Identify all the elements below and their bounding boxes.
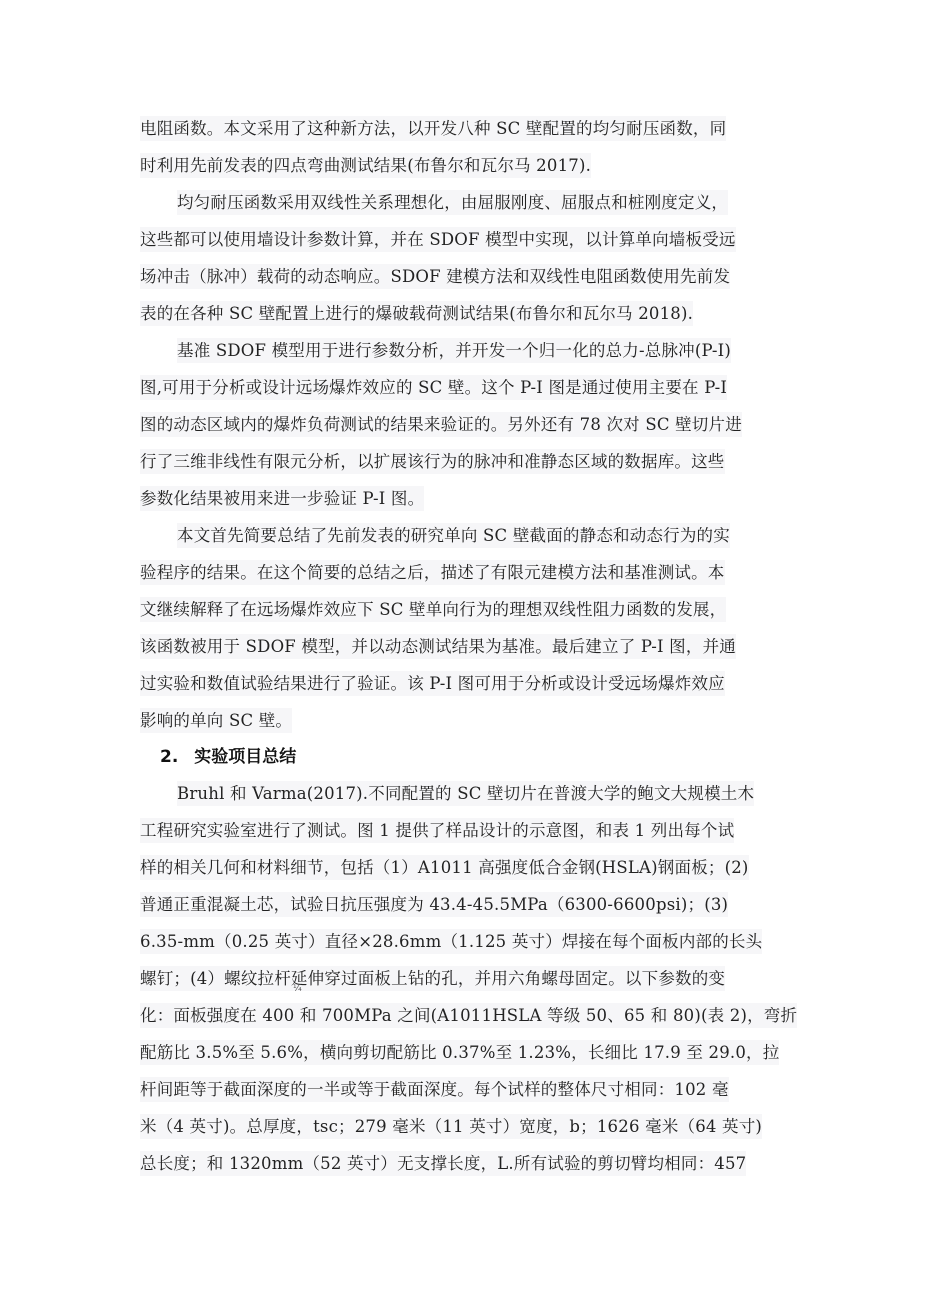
text-line: 这些都可以使用墙设计参数计算，并在 SDOF 模型中实现，以计算单向墙板受远 bbox=[140, 221, 788, 258]
text-line: 图,可用于分析或设计远场爆炸效应的 SC 壁。这个 P-I 图是通过使用主要在 … bbox=[140, 369, 788, 406]
paragraph-resistance-function: 均匀耐压函数采用双线性关系理想化，由屈服刚度、屈服点和桩刚度定义， 这些都可以使… bbox=[140, 184, 788, 332]
stray-fraction-glyph: ¼ bbox=[293, 984, 302, 994]
text-line: 杆间距等于截面深度的一半或等于截面深度。每个试样的整体尺寸相同：102 毫 bbox=[140, 1071, 788, 1108]
text-line: 影响的单向 SC 壁。 bbox=[140, 702, 788, 739]
text-line: 电阻函数。本文采用了这种新方法，以开发八种 SC 壁配置的均匀耐压函数，同 bbox=[140, 110, 788, 147]
text-line: 样的相关几何和材料细节，包括（1）A1011 高强度低合金钢(HSLA)钢面板；… bbox=[140, 849, 788, 886]
text-line: 文继续解释了在远场爆炸效应下 SC 壁单向行为的理想双线性阻力函数的发展， bbox=[140, 591, 788, 628]
text-line: 总长度；和 1320mm（52 英寸）无支撑长度，L.所有试验的剪切臂均相同：4… bbox=[140, 1145, 788, 1182]
text-line: 本文首先简要总结了先前发表的研究单向 SC 壁截面的静态和动态行为的实 bbox=[140, 517, 788, 554]
document-page: 电阻函数。本文采用了这种新方法，以开发八种 SC 壁配置的均匀耐压函数，同 时利… bbox=[140, 110, 788, 1182]
text-line: 过实验和数值试验结果进行了验证。该 P-I 图可用于分析或设计受远场爆炸效应 bbox=[140, 665, 788, 702]
section-number: 2. bbox=[160, 747, 178, 767]
section-title: 实验项目总结 bbox=[194, 747, 296, 767]
text-line: Bruhl 和 Varma(2017).不同配置的 SC 壁切片在普渡大学的鲍文… bbox=[140, 775, 788, 812]
text-line: 普通正重混凝土芯，试验日抗压强度为 43.4-45.5MPa（6300-6600… bbox=[140, 886, 788, 923]
text-line: 6.35-mm（0.25 英寸）直径×28.6mm（1.125 英寸）焊接在每个… bbox=[140, 923, 788, 960]
text-line: 表的在各种 SC 壁配置上进行的爆破载荷测试结果(布鲁尔和瓦尔马 2018). bbox=[140, 295, 788, 332]
paragraph-intro-continuation: 电阻函数。本文采用了这种新方法，以开发八种 SC 壁配置的均匀耐压函数，同 时利… bbox=[140, 110, 788, 184]
text-line: 参数化结果被用来进一步验证 P-I 图。 bbox=[140, 480, 788, 517]
paragraph-pi-diagram: 基准 SDOF 模型用于进行参数分析，并开发一个归一化的总力-总脉冲(P-I) … bbox=[140, 332, 788, 517]
paragraph-experimental-summary: Bruhl 和 Varma(2017).不同配置的 SC 壁切片在普渡大学的鲍文… bbox=[140, 775, 788, 1182]
text-line: 均匀耐压函数采用双线性关系理想化，由屈服刚度、屈服点和桩刚度定义， bbox=[140, 184, 788, 221]
text-line: 该函数被用于 SDOF 模型，并以动态测试结果为基准。最后建立了 P-I 图，并… bbox=[140, 628, 788, 665]
text-line: 配筋比 3.5%至 5.6%，横向剪切配筋比 0.37%至 1.23%，长细比 … bbox=[140, 1034, 788, 1071]
text-line: 验程序的结果。在这个简要的总结之后，描述了有限元建模方法和基准测试。本 bbox=[140, 554, 788, 591]
text-line: 图的动态区域内的爆炸负荷测试的结果来验证的。另外还有 78 次对 SC 壁切片进 bbox=[140, 406, 788, 443]
text-line: 化：面板强度在 400 和 700MPa 之间(A1011HSLA 等级 50、… bbox=[140, 997, 788, 1034]
text-line: 基准 SDOF 模型用于进行参数分析，并开发一个归一化的总力-总脉冲(P-I) bbox=[140, 332, 788, 369]
text-line: 螺钉；(4）螺纹拉杆延伸穿过面板上钻的孔，并用六角螺母固定。以下参数的变 bbox=[140, 960, 788, 997]
paragraph-paper-outline: 本文首先简要总结了先前发表的研究单向 SC 壁截面的静态和动态行为的实 验程序的… bbox=[140, 517, 788, 739]
section-heading: 2.实验项目总结 bbox=[140, 739, 788, 775]
text-line: 米（4 英寸)。总厚度，tsc；279 毫米（11 英寸）宽度，b；1626 毫… bbox=[140, 1108, 788, 1145]
text-line: 时利用先前发表的四点弯曲测试结果(布鲁尔和瓦尔马 2017). bbox=[140, 147, 788, 184]
text-line: 工程研究实验室进行了测试。图 1 提供了样品设计的示意图，和表 1 列出每个试 bbox=[140, 812, 788, 849]
text-line: 场冲击（脉冲）载荷的动态响应。SDOF 建模方法和双线性电阻函数使用先前发 bbox=[140, 258, 788, 295]
text-line: 行了三维非线性有限元分析，以扩展该行为的脉冲和准静态区域的数据库。这些 bbox=[140, 443, 788, 480]
